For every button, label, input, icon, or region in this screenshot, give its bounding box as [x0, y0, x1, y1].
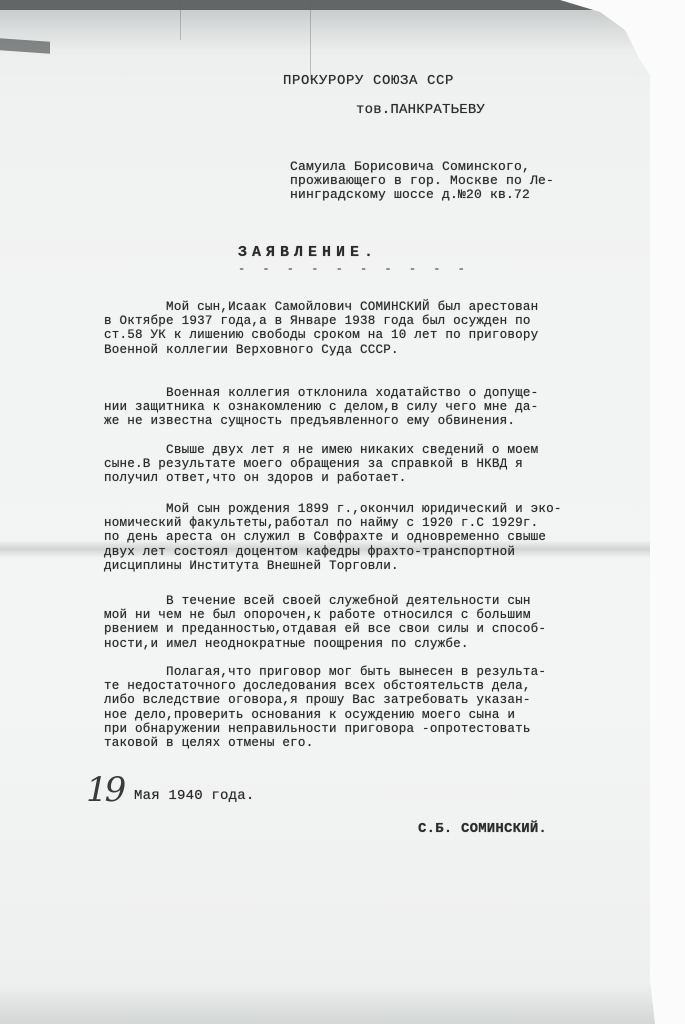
sender-address-line: проживающего в гор. Москве по Ле-: [290, 174, 554, 188]
paragraph-no-news: Свыше двух лет я не имею никаких сведени…: [104, 443, 538, 486]
date-line: Мая 1940 года.: [134, 789, 254, 803]
paragraph-service-record: В течение всей своей служебной деятельно…: [104, 594, 546, 651]
addressee-name: тов.ПАНКРАТЬЕВУ: [356, 103, 485, 117]
handwritten-date-day: 19: [86, 770, 123, 810]
bottom-shade: [0, 984, 660, 1024]
paper-crease: [180, 0, 181, 40]
document-title: ЗАЯВЛЕНИЕ.: [238, 246, 378, 260]
paragraph-defense-denied: Военная коллегия отклонила ходатайство о…: [104, 386, 538, 429]
addressee-title: ПРОКУРОРУ СОЮЗА ССР: [283, 74, 454, 88]
paragraph-request: Полагая,что приговор мог быть вынесен в …: [104, 665, 546, 750]
sender-name: Самуила Борисовича Соминского,: [290, 160, 530, 174]
document-page: ПРОКУРОРУ СОЮЗА ССР тов.ПАНКРАТЬЕВУ Саму…: [0, 0, 672, 1024]
paragraph-biography: Мой сын рождения 1899 г.,окончил юридиче…: [104, 502, 562, 573]
signature: С.Б. СОМИНСКИЙ.: [418, 822, 547, 836]
title-underline: - - - - - - - - - -: [238, 262, 470, 276]
paper-crease: [310, 0, 311, 80]
left-edge-shadow: [0, 38, 50, 53]
top-fold-shadow: [0, 10, 650, 50]
paragraph-arrest: Мой сын,Исаак Самойлович СОМИНСКИЙ был а…: [104, 300, 538, 357]
sender-address-line: нинградскому шоссе д.№20 кв.72: [290, 188, 530, 202]
